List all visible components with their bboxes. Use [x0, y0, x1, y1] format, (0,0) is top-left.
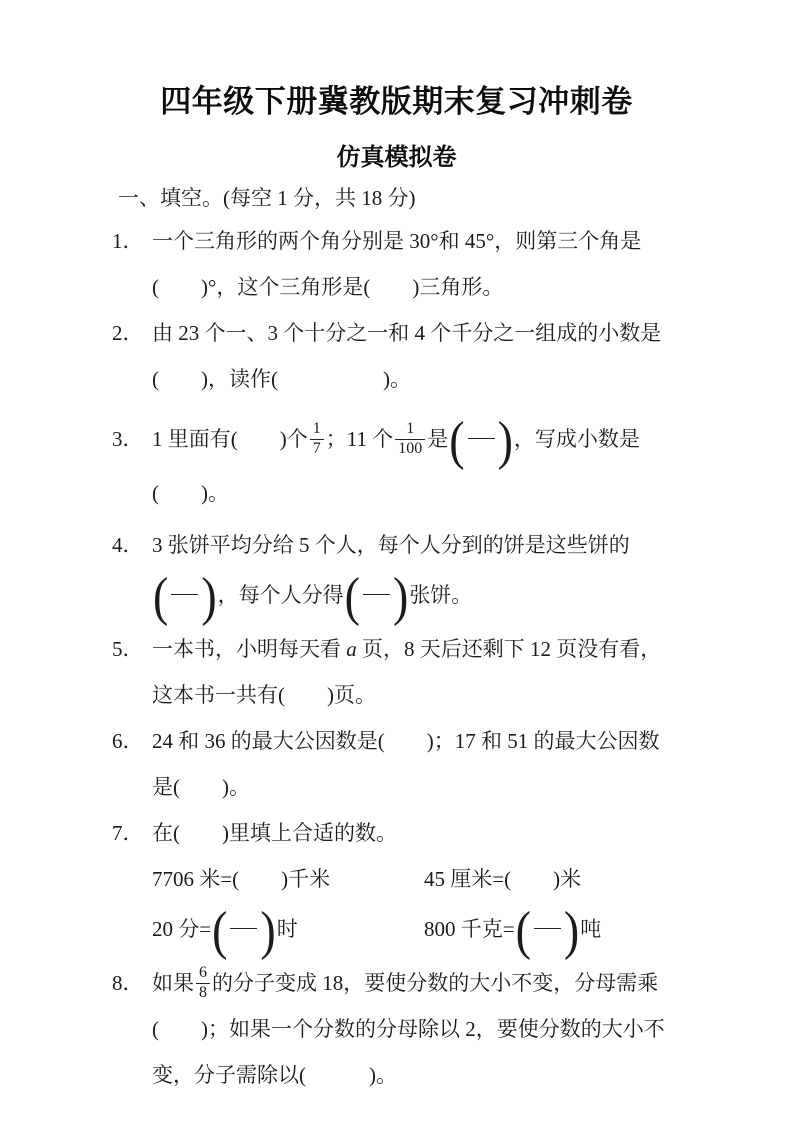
left-paren-icon: ( [153, 570, 168, 624]
fraction: 1100 [395, 421, 425, 458]
right-paren-icon: ) [260, 904, 275, 958]
text-segment: 在( )里填上合适的数。 [152, 821, 397, 845]
section-heading: 一、填空。(每空 1 分，共 18 分) [118, 184, 416, 212]
text-segment: 由 23 个一、3 个十分之一和 4 个千分之一组成的小数是( )，读作( )。 [152, 321, 661, 391]
text-segment: 一本书，小明每天看 [152, 637, 346, 661]
question-2: 2．由 23 个一、3 个十分之一和 4 个千分之一组成的小数是( )，读作( … [112, 310, 678, 402]
left-paren-icon: ( [212, 904, 227, 958]
text-segment: 张饼。 [409, 583, 472, 607]
text-segment: 800 千克= [424, 917, 515, 941]
blank-fraction: () [345, 568, 409, 626]
question-number: 6． [112, 718, 152, 764]
left-paren-icon: ( [449, 414, 464, 468]
text-segment: 时 [277, 917, 298, 941]
question-number: 3． [112, 416, 152, 462]
fraction-denominator: 100 [395, 439, 425, 458]
question-1: 1．一个三角形的两个角分别是 30°和 45°，则第三个角是( )°，这个三角形… [112, 218, 678, 310]
text-segment: 吨 [580, 917, 601, 941]
text-segment: 20 分= [152, 917, 211, 941]
text-segment: 3 张饼平均分给 5 个人，每个人分到的饼是这些饼的 [152, 533, 630, 557]
blank-fraction: () [516, 902, 580, 960]
question-7: 7．在( )里填上合适的数。7706 米=( )千米45 厘米=( )米20 分… [112, 810, 678, 960]
question-7-row-2: 20 分=()时800 千克=()吨 [152, 902, 678, 960]
question-5: 5．一本书，小明每天看 a 页，8 天后还剩下 12 页没有看，这本书一共有( … [112, 626, 678, 718]
blank-fraction: () [449, 412, 513, 470]
exam-page: 四年级下册冀教版期末复习冲刺卷 仿真模拟卷 一、填空。(每空 1 分，共 18 … [0, 0, 793, 1122]
blank-fraction: () [153, 568, 217, 626]
blank-fraction-bar-icon [534, 928, 561, 929]
question-7-row-1: 7706 米=( )千米45 厘米=( )米 [152, 856, 678, 902]
left-paren-icon: ( [345, 570, 360, 624]
question-number: 2． [112, 310, 152, 356]
text-segment: 7706 米=( )千米 [152, 867, 330, 891]
text-segment: 如果 [152, 971, 194, 995]
row-left: 7706 米=( )千米 [152, 856, 424, 902]
right-paren-icon: ) [498, 414, 513, 468]
exam-subtitle: 仿真模拟卷 [0, 137, 793, 172]
text-segment: 24 和 36 的最大公因数是( )；17 和 51 的最大公因数是( )。 [152, 729, 660, 799]
left-paren-icon: ( [516, 904, 531, 958]
question-number: 5． [112, 626, 152, 672]
question-6: 6．24 和 36 的最大公因数是( )；17 和 51 的最大公因数是( )。 [112, 718, 678, 810]
right-paren-icon: ) [564, 904, 579, 958]
question-number: 1． [112, 218, 152, 264]
question-number: 4． [112, 522, 152, 568]
blank-fraction-bar-icon [171, 594, 198, 595]
question-4: 4．3 张饼平均分给 5 个人，每个人分到的饼是这些饼的()，每个人分得()张饼… [112, 522, 678, 626]
text-segment: 是 [427, 427, 448, 451]
fraction-denominator: 8 [196, 983, 210, 1002]
right-paren-icon: ) [201, 570, 216, 624]
variable-italic: a [346, 637, 357, 661]
fraction: 68 [196, 965, 210, 1002]
question-number: 7． [112, 810, 152, 856]
blank-fraction-bar-icon [468, 438, 495, 439]
blank-fraction-bar-icon [230, 928, 257, 929]
blank-fraction: () [212, 902, 276, 960]
fraction-numerator: 1 [310, 421, 324, 439]
text-segment: 的分子变成 18，要使分数的大小不变，分母需乘( )；如果一个分数的分母除以 2… [152, 971, 665, 1087]
right-paren-icon: ) [393, 570, 408, 624]
text-segment: 45 厘米=( )米 [424, 867, 581, 891]
fraction-denominator: 7 [310, 439, 324, 458]
question-8: 8．如果68的分子变成 18，要使分数的大小不变，分母需乘( )；如果一个分数的… [112, 960, 678, 1098]
row-right: 800 千克=()吨 [424, 902, 678, 960]
question-number: 8． [112, 960, 152, 1006]
text-segment: ，每个人分得 [218, 583, 344, 607]
row-left: 20 分=()时 [152, 902, 424, 960]
question-3: 3．1 里面有( )个17；11 个1100是()，写成小数是( )。 [112, 412, 678, 516]
exam-title: 四年级下册冀教版期末复习冲刺卷 [0, 76, 793, 121]
fraction: 17 [310, 421, 324, 458]
text-segment: 1 里面有( )个 [152, 427, 308, 451]
fraction-numerator: 1 [395, 421, 425, 439]
row-right: 45 厘米=( )米 [424, 856, 678, 902]
text-segment: 一个三角形的两个角分别是 30°和 45°，则第三个角是( )°，这个三角形是(… [152, 229, 641, 299]
blank-fraction-bar-icon [363, 594, 390, 595]
questions-list: 1．一个三角形的两个角分别是 30°和 45°，则第三个角是( )°，这个三角形… [112, 218, 678, 1098]
text-segment: ；11 个 [326, 427, 393, 451]
fraction-numerator: 6 [196, 965, 210, 983]
